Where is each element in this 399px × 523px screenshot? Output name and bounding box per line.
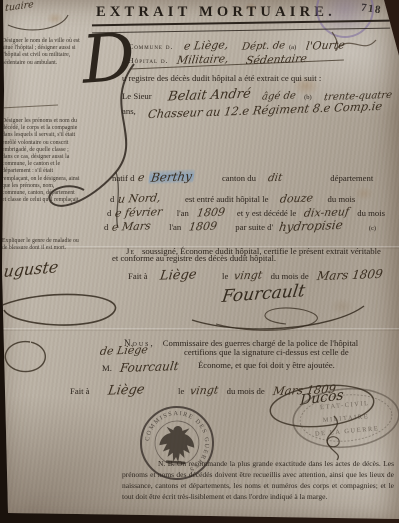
photo-backdrop: tuaire EXTRAIT MORTUAIRE. 718 D Commune …	[0, 0, 399, 523]
commissaire-line-3b: Économe, et que foi doit y être ajoutée.	[198, 360, 335, 370]
unit-line: ans, Chasseur au 12.e Régiment 8.e Comp.…	[122, 101, 382, 119]
lan-label2: l'an	[169, 222, 181, 232]
fait-line-1: Fait à Liège le vingt du mois de Mars 18…	[128, 266, 382, 284]
sieur-label: Le Sieur	[122, 91, 152, 101]
canton-value: dit	[267, 172, 283, 185]
le-label-2: le	[178, 386, 184, 396]
document-paper: tuaire EXTRAIT MORTUAIRE. 718 D Commune …	[0, 0, 399, 523]
intro-line: u registre des décès dudit hôpital a été…	[122, 73, 321, 83]
unit-value: Chasseur au 12.e Régiment 8.e Comp.ie	[147, 99, 383, 121]
signature-tail-flourish	[310, 414, 354, 462]
de-prefix2: d	[104, 222, 108, 232]
hopital-kind: Sédentaire	[245, 52, 308, 67]
margin-note-a: Désigner le nom de la ville où est situé…	[2, 38, 80, 67]
commissaire-line-2: certifions que la signature ci-dessus es…	[184, 347, 349, 357]
cause-value: hydropisie	[278, 218, 344, 234]
margin-note-b: Désigner les prénoms et nom du décédé, l…	[2, 118, 80, 204]
fox-stain	[354, 186, 374, 201]
margin-annotation: Auguste	[0, 257, 60, 282]
departement-label: département	[330, 173, 373, 183]
fait-label: Fait à	[128, 271, 148, 281]
certify-line-2: et conforme au registre des décès dudit …	[112, 253, 276, 263]
canton-label: canton du	[222, 173, 256, 183]
natif-line: natif d e Berthy canton du dit départeme…	[112, 168, 373, 186]
hopital-label: Hôpital d.	[128, 56, 169, 65]
natif-label: natif d	[112, 173, 134, 183]
birthplace-prefix: e	[138, 171, 146, 184]
birthplace-value: Berthy	[148, 169, 195, 185]
fait-label-2: Fait à	[70, 386, 90, 396]
nota-bene: N. B. On recommande la plus grande exact…	[122, 458, 394, 502]
fait-day-2: vingt	[189, 383, 219, 397]
cause-label: par suite d'	[235, 222, 273, 232]
cause-line: d e Mars l'an 1809 par suite d' hydropis…	[104, 217, 376, 235]
corner-flourish	[2, 9, 74, 35]
death-year: 1809	[188, 219, 218, 233]
signature-flourish	[182, 296, 372, 334]
fait-place: Liège	[158, 267, 197, 283]
ans-label: ans,	[122, 106, 136, 116]
fait-day: vingt	[233, 268, 263, 282]
fait-month-year: Mars 1809	[316, 267, 384, 283]
death-month: e Mars	[111, 219, 152, 233]
margin-note-c: Expliquer le genre de maladie ou de bles…	[2, 238, 80, 252]
margin-flourish	[0, 284, 144, 376]
du-mois-de-label-2: du mois de	[227, 386, 265, 396]
du-mois-de-label: du mois de	[271, 271, 309, 281]
le-label: le	[222, 271, 228, 281]
age-ref-mark: (b)	[304, 94, 312, 101]
fait-place-2: Liège	[106, 382, 145, 398]
cause-ref-mark: (c)	[369, 225, 376, 232]
dept-value: l'Ourte	[305, 38, 346, 52]
